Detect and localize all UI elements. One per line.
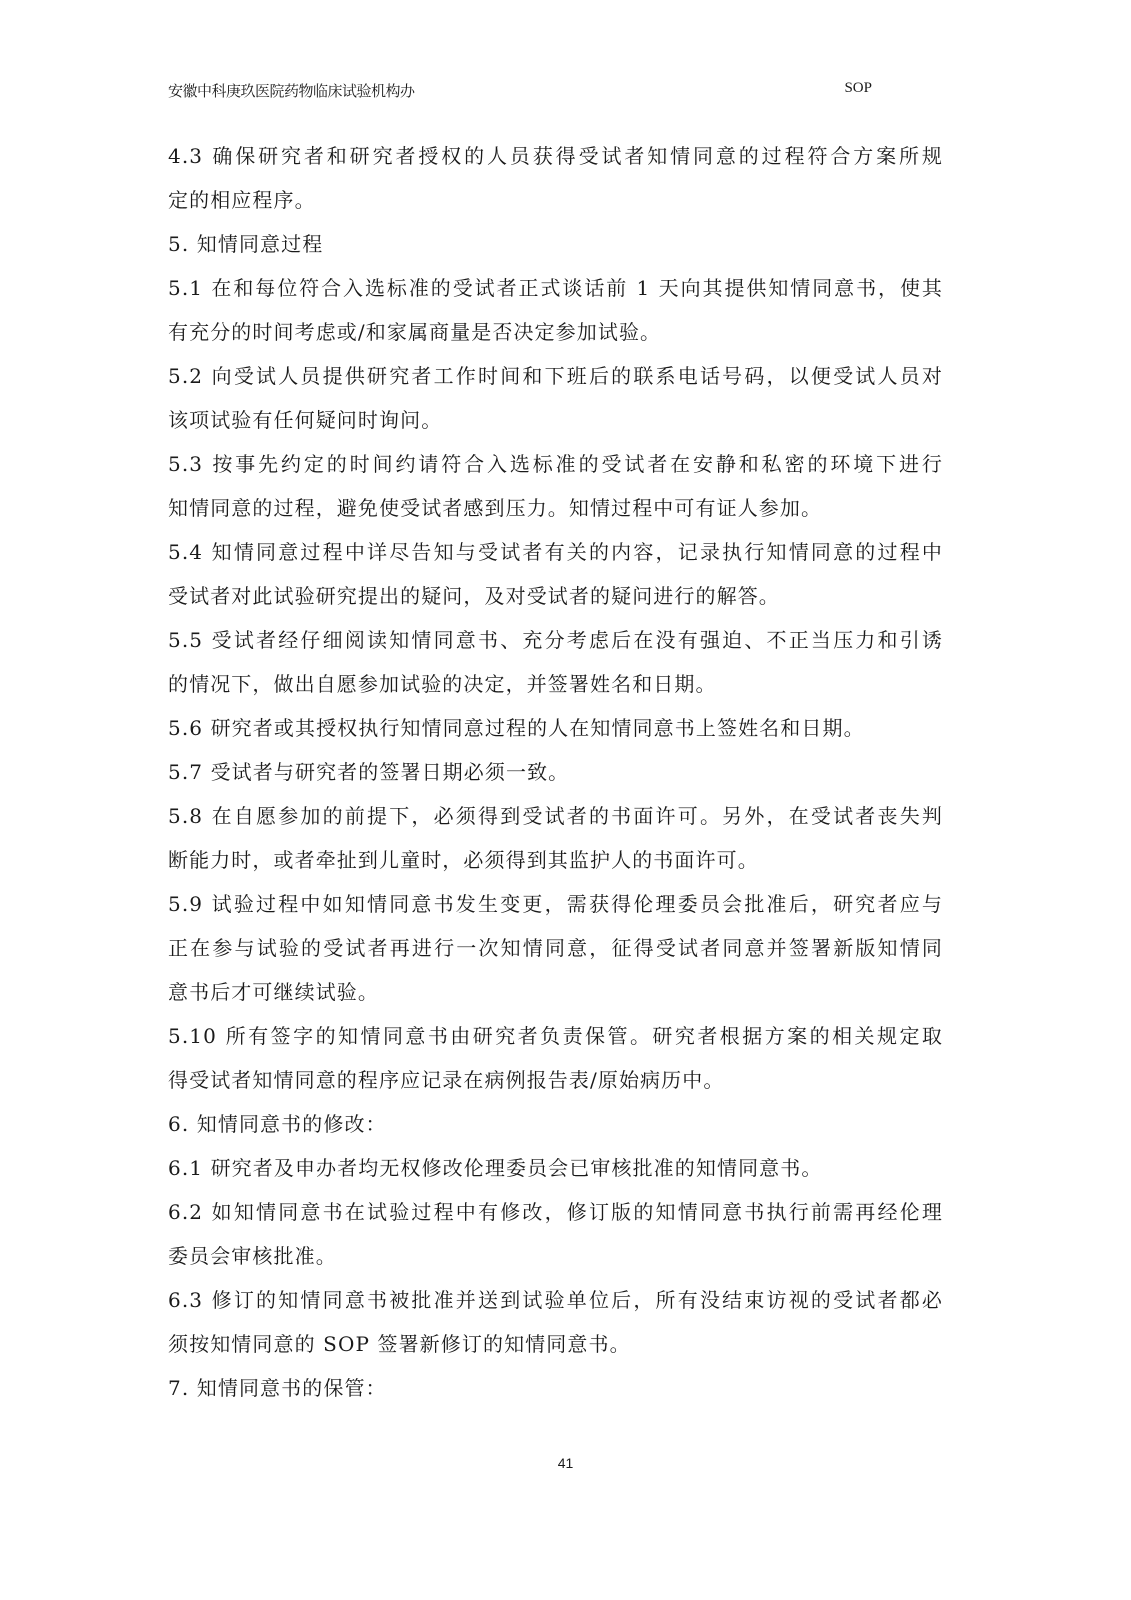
- text-line: 6.2 如知情同意书在试验过程中有修改，修订版的知情同意书执行前需再经伦理: [168, 1190, 943, 1234]
- text-line: 5.9 试验过程中如知情同意书发生变更，需获得伦理委员会批准后，研究者应与: [168, 882, 943, 926]
- text-line: 5.10 所有签字的知情同意书由研究者负责保管。研究者根据方案的相关规定取: [168, 1014, 943, 1058]
- text-line: 断能力时，或者牵扯到儿童时，必须得到其监护人的书面许可。: [168, 838, 943, 882]
- text-line: 委员会审核批准。: [168, 1234, 943, 1278]
- text-line: 正在参与试验的受试者再进行一次知情同意，征得受试者同意并签署新版知情同: [168, 926, 943, 970]
- header-organization: 安徽中科庚玖医院药物临床试验机构办: [168, 80, 415, 101]
- text-line: 6.1 研究者及申办者均无权修改伦理委员会已审核批准的知情同意书。: [168, 1146, 943, 1190]
- section-heading: 7. 知情同意书的保管：: [168, 1366, 943, 1410]
- text-line: 5.8 在自愿参加的前提下，必须得到受试者的书面许可。另外，在受试者丧失判: [168, 794, 943, 838]
- text-line: 5.2 向受试人员提供研究者工作时间和下班后的联系电话号码，以便受试人员对: [168, 354, 943, 398]
- text-line: 6.3 修订的知情同意书被批准并送到试验单位后，所有没结束访视的受试者都必: [168, 1278, 943, 1322]
- header-doc-type: SOP: [844, 80, 872, 97]
- page-number: 41: [0, 1455, 1131, 1471]
- text-line: 受试者对此试验研究提出的疑问，及对受试者的疑问进行的解答。: [168, 574, 943, 618]
- section-heading: 6. 知情同意书的修改：: [168, 1102, 943, 1146]
- text-line: 5.1 在和每位符合入选标准的受试者正式谈话前 1 天向其提供知情同意书，使其: [168, 266, 943, 310]
- text-line: 5.7 受试者与研究者的签署日期必须一致。: [168, 750, 943, 794]
- text-line: 有充分的时间考虑或/和家属商量是否决定参加试验。: [168, 310, 943, 354]
- text-line: 5.5 受试者经仔细阅读知情同意书、充分考虑后在没有强迫、不正当压力和引诱: [168, 618, 943, 662]
- text-line: 意书后才可继续试验。: [168, 970, 943, 1014]
- section-heading: 5. 知情同意过程: [168, 222, 943, 266]
- text-line: 该项试验有任何疑问时询问。: [168, 398, 943, 442]
- page-header: 安徽中科庚玖医院药物临床试验机构办 SOP: [168, 80, 872, 106]
- text-line: 5.4 知情同意过程中详尽告知与受试者有关的内容，记录执行知情同意的过程中: [168, 530, 943, 574]
- text-line: 5.6 研究者或其授权执行知情同意过程的人在知情同意书上签姓名和日期。: [168, 706, 943, 750]
- text-line: 的情况下，做出自愿参加试验的决定，并签署姓名和日期。: [168, 662, 943, 706]
- text-line: 须按知情同意的 SOP 签署新修订的知情同意书。: [168, 1322, 943, 1366]
- document-body: 4.3 确保研究者和研究者授权的人员获得受试者知情同意的过程符合方案所规 定的相…: [168, 134, 943, 1410]
- text-line: 定的相应程序。: [168, 178, 943, 222]
- text-line: 知情同意的过程，避免使受试者感到压力。知情过程中可有证人参加。: [168, 486, 943, 530]
- text-line: 4.3 确保研究者和研究者授权的人员获得受试者知情同意的过程符合方案所规: [168, 134, 943, 178]
- text-line: 得受试者知情同意的程序应记录在病例报告表/原始病历中。: [168, 1058, 943, 1102]
- text-line: 5.3 按事先约定的时间约请符合入选标准的受试者在安静和私密的环境下进行: [168, 442, 943, 486]
